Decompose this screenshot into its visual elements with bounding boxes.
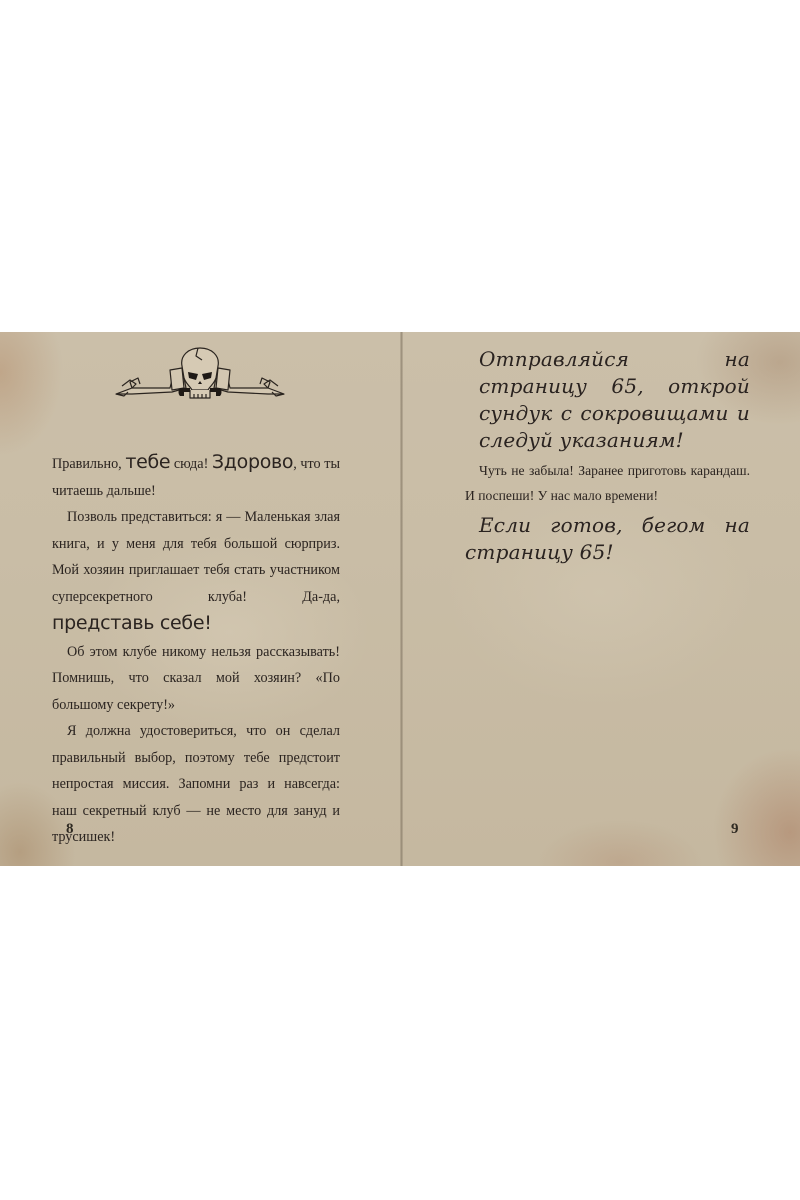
text-segment: Об этом клубе никому нельзя рассказывать… — [52, 644, 340, 713]
script-closing: Если готов, бегом на страницу 65! — [465, 512, 750, 566]
page-number-right: 9 — [731, 821, 739, 838]
right-page-text: Отправляйся на страницу 65, открой сунду… — [465, 346, 750, 566]
paragraph-right-1: Чуть не забыла! Заранее приготовь каранд… — [465, 458, 750, 508]
text-segment: Я должна удостовериться, что он сделал п… — [52, 723, 340, 845]
paragraph-4: Я должна удостовериться, что он сделал п… — [52, 718, 340, 851]
left-page-text: Правильно, тебе сюда! Здорово, что ты чи… — [52, 449, 340, 851]
text-segment: сюда! — [170, 456, 212, 472]
script-heading: Отправляйся на страницу 65, открой сунду… — [465, 346, 750, 454]
text-segment: Позволь представиться: я — Маленькая зла… — [52, 509, 340, 605]
paragraph-1: Правильно, тебе сюда! Здорово, что ты чи… — [52, 449, 340, 504]
right-page: Отправляйся на страницу 65, открой сунду… — [401, 332, 800, 866]
paragraph-3: Об этом клубе никому нельзя рассказывать… — [52, 639, 340, 719]
book-spread: Правильно, тебе сюда! Здорово, что ты чи… — [0, 332, 800, 866]
skull-ornament-icon — [110, 344, 290, 404]
emphasis-text: тебе — [125, 451, 170, 473]
right-body-text: Чуть не забыла! Заранее приготовь каранд… — [465, 458, 750, 508]
emphasis-text: Здорово — [212, 451, 293, 473]
page-number-left: 8 — [66, 821, 74, 838]
emphasis-text: представь себе! — [52, 612, 212, 634]
paragraph-2: Позволь представиться: я — Маленькая зла… — [52, 504, 340, 639]
left-page: Правильно, тебе сюда! Здорово, что ты чи… — [0, 332, 400, 866]
text-segment: Правильно, — [52, 456, 125, 472]
